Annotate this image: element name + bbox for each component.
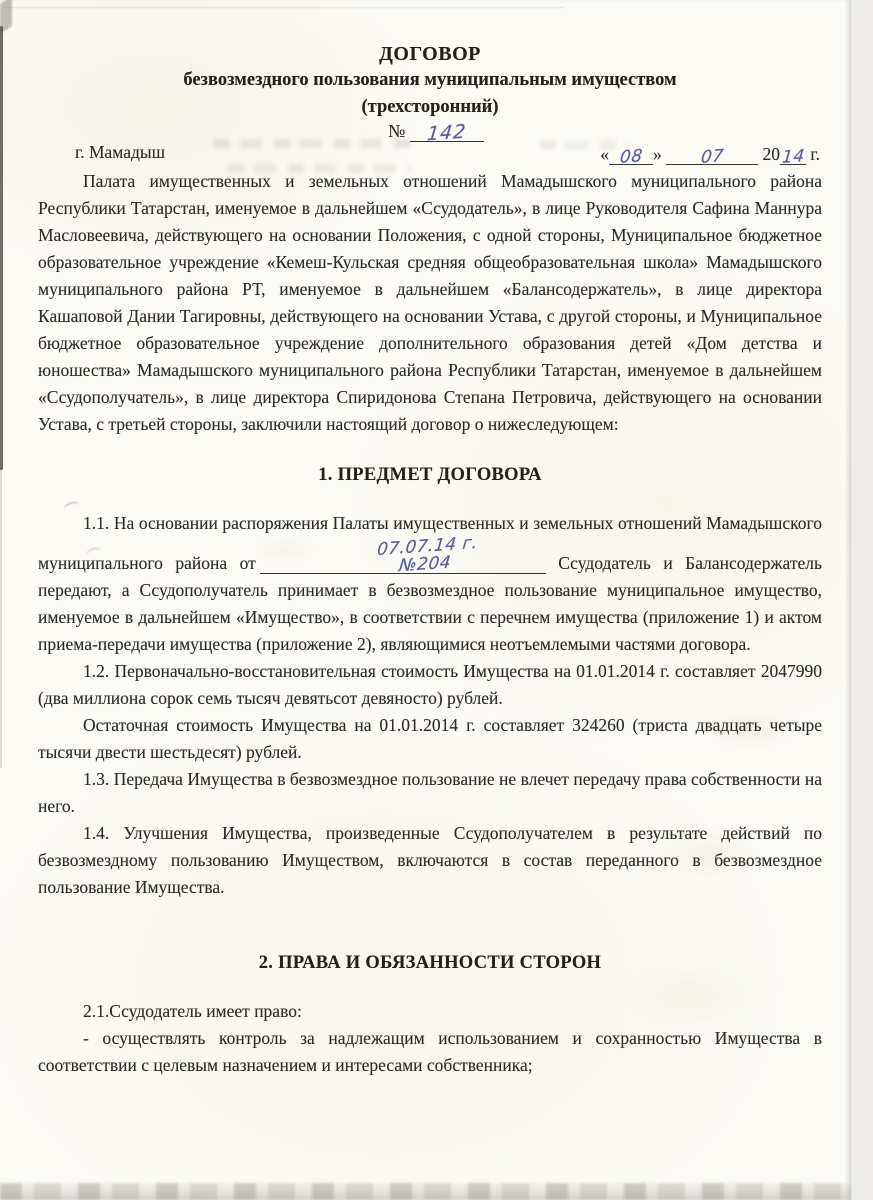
handwritten-contract-number: 142 — [426, 123, 467, 145]
title-line-2: безвозмездного пользования муниципальным… — [38, 67, 822, 94]
clause-1-2: 1.2. Первоначально-восстановительная сто… — [38, 658, 822, 712]
date-line: «08» 07 2014 г. — [600, 144, 820, 165]
scan-edge-left-faint — [0, 468, 2, 768]
clause-1-1-blank: 07.07.14 г.№204 — [260, 537, 546, 574]
date-month-blank: 07 — [666, 146, 758, 165]
handwritten-month: 07 — [700, 148, 724, 167]
section-2-heading: 2. ПРАВА И ОБЯЗАННОСТИ СТОРОН — [38, 950, 822, 977]
number-sign: № — [388, 121, 405, 141]
date-open-quote: « — [600, 144, 609, 164]
date-year-blank: 14 — [780, 146, 806, 165]
scan-edge-left-line — [0, 26, 3, 470]
date-close-quote: » — [653, 144, 662, 164]
clause-1-3: 1.3. Передача Имущества в безвозмездное … — [38, 766, 822, 820]
title-line-3: (трехсторонний) — [38, 94, 822, 120]
scan-bottom-bleed-band — [0, 1183, 851, 1200]
section-1-heading: 1. ПРЕДМЕТ ДОГОВОРА — [38, 462, 822, 489]
date-century: 20 — [763, 144, 781, 164]
clause-2-1: 2.1.Ссудодатель имеет право: — [38, 998, 822, 1025]
contract-number-line: № 142 — [44, 121, 828, 142]
clause-1-1: 1.1. На основании распоряжения Палаты им… — [38, 510, 822, 658]
title-line-1: ДОГОВОР — [38, 41, 822, 67]
city-label: г. Мамадыш — [75, 142, 165, 163]
handwritten-year: 14 — [781, 148, 805, 167]
document-header: ДОГОВОР безвозмездного пользования муниц… — [38, 0, 822, 150]
number-blank: 142 — [410, 122, 484, 142]
date-day-blank: 08 — [609, 146, 653, 165]
scanned-contract-page: ДОГОВОР безвозмездного пользования муниц… — [0, 0, 873, 1200]
document-title: ДОГОВОР безвозмездного пользования муниц… — [38, 0, 822, 120]
date-suffix: г. — [810, 144, 820, 164]
clause-2-1-item-1: - осуществлять контроль за надлежащим ис… — [38, 1025, 822, 1079]
preamble-paragraph: Палата имущественных и земельных отношен… — [38, 168, 822, 438]
clause-1-4: 1.4. Улучшения Имущества, произведенные … — [38, 820, 822, 901]
clause-1-2-residual: Остаточная стоимость Имущества на 01.01.… — [38, 712, 822, 766]
handwritten-day: 08 — [619, 148, 643, 167]
